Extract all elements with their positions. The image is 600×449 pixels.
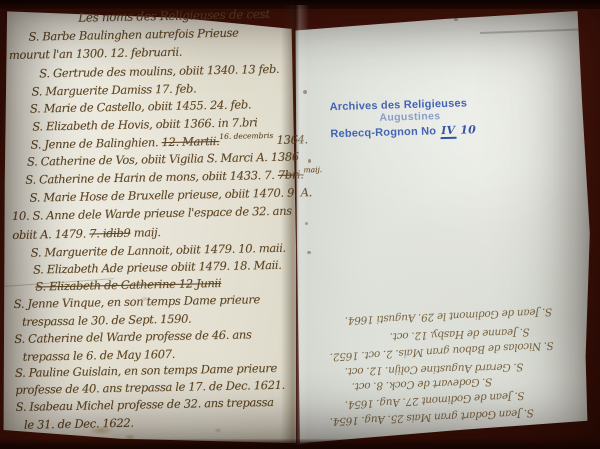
manuscript-line: S. Catherine del Warde professe de 46. a…	[14, 327, 251, 346]
manuscript-line: S. Marguerite Damiss 17. feb.	[31, 81, 196, 98]
manuscript-line: obiit A. 1479. 7. idib9 maij.	[12, 225, 161, 242]
manuscript-line: S. Isabeau Michel professe de 32. ans tr…	[15, 395, 273, 414]
right-page: Archives des Religieuses Augustines Rebe…	[294, 4, 594, 445]
photo-bottom-shadow	[0, 439, 600, 449]
upside-down-line: S. Nicolas de Babou gran Mais. 2. oct. 1…	[330, 339, 554, 363]
upside-down-line: S. Jean de Godimont le 29. Augusti 1664.	[345, 305, 552, 326]
manuscript-line: Les noms des Religieuses de cest	[78, 7, 270, 25]
manuscript-line: S. Elizabeth de Catherine 12 Junii	[35, 276, 221, 294]
manuscript-photo: Archives des Religieuses Augustines Rebe…	[0, 0, 600, 449]
manuscript-line: 10. S. Anne dele Warde prieuse l'espace …	[12, 204, 292, 223]
manuscript-line: trepassa le 6. de May 1607.	[23, 347, 176, 364]
manuscript-line: le 31. de Dec. 1622.	[24, 416, 134, 432]
upside-down-entries: S. Jean de Godimont le 29. Augusti 1664.…	[294, 4, 594, 445]
manuscript-line: professe de 40. ans trepassa le 17. de D…	[15, 378, 285, 397]
manuscript-line: S. Marie Hose de Bruxelle prieuse, obiit…	[29, 185, 312, 204]
upside-down-line: S. Jeanne de Hasby. 12. oct.	[390, 326, 530, 343]
upside-down-line: S. Godevart de Cock. 8. oct.	[352, 376, 493, 393]
manuscript-line: S. Gertrude des moulins, obiit 1340. 13 …	[39, 62, 279, 81]
manuscript-text: Les noms des Religieuses de cest S. Barb…	[8, 4, 304, 439]
manuscript-line: S. Elizabeth de Hovis, obiit 1366. in 7.…	[32, 115, 257, 133]
manuscript-line: S. Pauline Guislain, en son temps Dame p…	[15, 361, 277, 380]
manuscript-line: mourut l'an 1300. 12. februarii.	[9, 45, 182, 62]
manuscript-line: S. Marguerite de Lannoit, obiit 1479. 10…	[31, 241, 286, 260]
manuscript-line: S. Marie de Castello, obiit 1455. 24. fe…	[30, 97, 251, 115]
manuscript-line: S. Elizabeth Ade prieuse obiit 1479. 18.…	[33, 258, 282, 277]
upside-down-line: S. Gerard Augustine Colijn. 12. oct.	[345, 361, 524, 378]
manuscript-line: S. Barbe Baulinghen autrefois Prieuse	[28, 26, 238, 44]
manuscript-line: S. Jenne Vinque, en son temps Dame prieu…	[14, 292, 261, 311]
manuscript-line: trespassa le 30. de Sept. 1590.	[22, 312, 192, 329]
